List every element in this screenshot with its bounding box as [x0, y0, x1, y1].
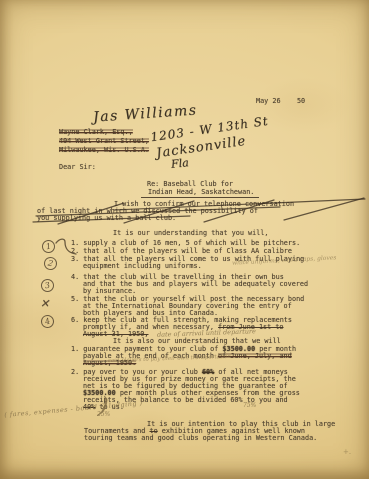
date-month-day: May 26	[256, 97, 281, 105]
date-line: May 26 50	[256, 98, 305, 105]
margin-circle-3: 3	[40, 278, 55, 293]
margin-circle-4: 4	[39, 313, 55, 329]
typed-recipient-line-1: Wayne Clark, Esq.,	[59, 129, 133, 136]
pencil-pct-high: 75%	[243, 402, 256, 409]
circled-digit: 1	[45, 242, 51, 251]
typed-recipient-line-2: 404 West Grant Street,	[59, 138, 149, 145]
date-gap	[281, 97, 297, 105]
date-year: 50	[297, 97, 305, 105]
re-line-1: Re: Baseball Club for	[147, 181, 233, 188]
item-number: 5.	[71, 295, 79, 303]
percentage-text: 60%	[230, 396, 242, 404]
item-text: that all of the players will be of Class…	[83, 247, 292, 255]
salutation: Dear Sir:	[59, 164, 96, 171]
list-you-item-1: 1. supply a club of 16 men, 5 of which w…	[71, 240, 300, 247]
list-you-item-2: 2. that all of the players will be of Cl…	[71, 248, 292, 255]
struck-text: Wayne Clark, Esq.,	[59, 128, 133, 136]
struck-text: 404 West Grant Street,	[59, 137, 149, 145]
lead-we: It is also our understanding that we wil…	[113, 338, 281, 345]
list-you-item-3-cont: equipment including uniforms.	[83, 263, 202, 270]
crossout-strokes	[28, 195, 368, 227]
margin-circle-1: 1	[41, 239, 56, 254]
letter-page: May 26 50 Jas Williams 1203 - W 13th St …	[0, 0, 369, 479]
item-number: 4.	[71, 273, 79, 281]
item-number: 6.	[71, 316, 79, 324]
circled-digit: 2	[47, 259, 54, 268]
typed-recipient-line-3: Milwaukee, Wis. U.S.A.	[59, 147, 149, 154]
stray-pencil-mark: +.	[343, 448, 351, 456]
item-text: supply a club of 16 men, 5 of which will…	[83, 239, 300, 247]
struck-text: Milwaukee, Wis. U.S.A.	[59, 146, 149, 154]
closing-line-3: touring teams and good clubs operating i…	[84, 435, 317, 442]
circled-digit: 4	[44, 317, 51, 326]
handwritten-state: Fla	[170, 156, 189, 171]
lead-you: It is our understanding that you will,	[113, 230, 269, 237]
list-you-item-4-cont2: by insurance.	[83, 288, 136, 295]
margin-hook-mark	[55, 238, 79, 258]
circled-digit: 3	[44, 281, 50, 290]
item-number: 1.	[71, 345, 79, 353]
item-number: 2.	[71, 368, 79, 376]
handwritten-name: Jas Williams	[93, 102, 198, 125]
margin-x-mark: ✕	[40, 297, 49, 310]
